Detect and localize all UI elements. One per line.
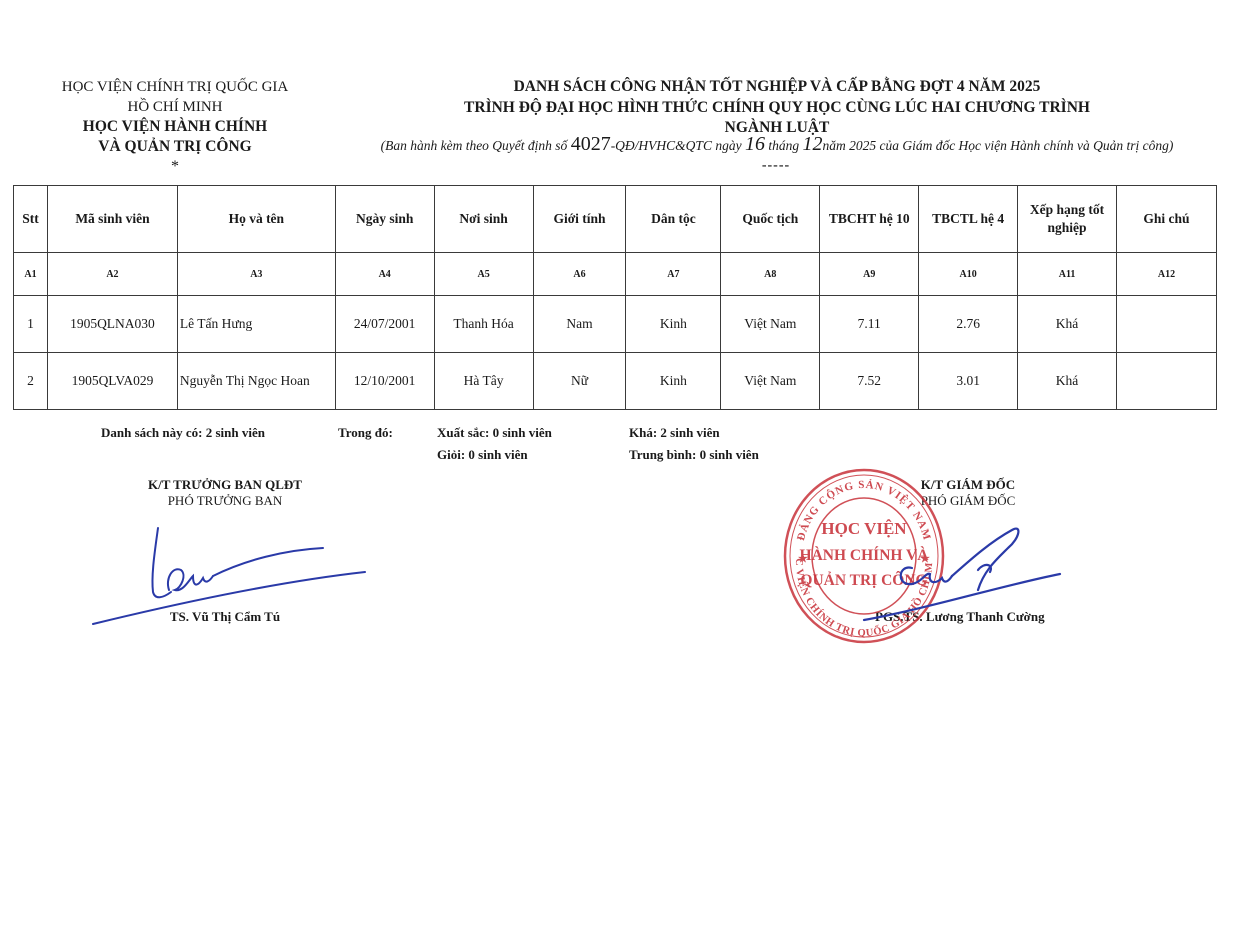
decision-suffix: năm 2025 của Giám đốc Học viện Hành chín…	[822, 138, 1173, 153]
column-header: TBCTL hệ 4	[919, 186, 1018, 253]
decision-code: -QĐ/HVHC&QTC ngày	[611, 138, 742, 153]
column-code: A12	[1117, 253, 1217, 296]
title-line-1: DANH SÁCH CÔNG NHẬN TỐT NGHIỆP VÀ CẤP BẰ…	[330, 77, 1224, 98]
left-signature-block: K/T TRƯỞNG BAN QLĐT PHÓ TRƯỞNG BAN	[125, 477, 325, 509]
column-code: A6	[533, 253, 626, 296]
table-cell: Khá	[1018, 353, 1117, 410]
summary-of-which: Trong đó:	[338, 425, 393, 441]
org-star: *	[30, 157, 320, 177]
decision-reference: (Ban hành kèm theo Quyết định số 4027-QĐ…	[330, 133, 1224, 156]
table-cell: Kinh	[626, 353, 721, 410]
table-cell: 2	[14, 353, 48, 410]
column-header: Họ và tên	[177, 186, 335, 253]
title-separator: -----	[740, 158, 812, 174]
org-line-2: HỒ CHÍ MINH	[30, 97, 320, 117]
column-header: Stt	[14, 186, 48, 253]
summary-average: Trung bình: 0 sinh viên	[629, 447, 759, 463]
column-code: A8	[721, 253, 820, 296]
table-cell	[1117, 296, 1217, 353]
column-code: A10	[919, 253, 1018, 296]
table-cell: Việt Nam	[721, 296, 820, 353]
graduation-table: SttMã sinh viênHọ và tênNgày sinhNơi sin…	[13, 185, 1217, 410]
decision-month: 12	[802, 133, 822, 155]
column-code: A7	[626, 253, 721, 296]
column-header: Dân tộc	[626, 186, 721, 253]
org-line-3: HỌC VIỆN HÀNH CHÍNH	[30, 117, 320, 137]
column-code: A4	[335, 253, 434, 296]
table-cell: 7.11	[820, 296, 919, 353]
summary-total: Danh sách này có: 2 sinh viên	[101, 425, 265, 441]
right-handwritten-signature-icon	[860, 520, 1070, 630]
table-cell: 2.76	[919, 296, 1018, 353]
column-code: A5	[434, 253, 533, 296]
table-cell: 7.52	[820, 353, 919, 410]
decision-month-label: tháng	[768, 138, 799, 153]
table-cell: Việt Nam	[721, 353, 820, 410]
column-code: A3	[177, 253, 335, 296]
table-row: 21905QLVA029Nguyễn Thị Ngọc Hoan12/10/20…	[14, 353, 1217, 410]
column-header: Xếp hạng tốt nghiệp	[1018, 186, 1117, 253]
table-header-row: SttMã sinh viênHọ và tênNgày sinhNơi sin…	[14, 186, 1217, 253]
title-line-2: TRÌNH ĐỘ ĐẠI HỌC HÌNH THỨC CHÍNH QUY HỌC…	[330, 98, 1224, 119]
column-header: Mã sinh viên	[47, 186, 177, 253]
left-signer-title: K/T TRƯỞNG BAN QLĐT	[125, 477, 325, 493]
table-row: 11905QLNA030Lê Tấn Hưng24/07/2001Thanh H…	[14, 296, 1217, 353]
decision-number: 4027	[571, 133, 611, 155]
document-title: DANH SÁCH CÔNG NHẬN TỐT NGHIỆP VÀ CẤP BẰ…	[330, 77, 1224, 139]
summary-excellent: Xuất sắc: 0 sinh viên	[437, 425, 552, 441]
column-code: A2	[47, 253, 177, 296]
org-line-4: VÀ QUẢN TRỊ CÔNG	[30, 137, 320, 157]
org-line-1: HỌC VIỆN CHÍNH TRỊ QUỐC GIA	[30, 77, 320, 97]
decision-prefix: (Ban hành kèm theo Quyết định số	[381, 138, 568, 153]
column-code: A1	[14, 253, 48, 296]
table-cell: 1905QLNA030	[47, 296, 177, 353]
table-cell: Lê Tấn Hưng	[177, 296, 335, 353]
table-code-row: A1A2A3A4A5A6A7A8A9A10A11A12	[14, 253, 1217, 296]
table-cell: 1	[14, 296, 48, 353]
summary-good: Khá: 2 sinh viên	[629, 425, 720, 441]
table-cell: 24/07/2001	[335, 296, 434, 353]
table-cell: 3.01	[919, 353, 1018, 410]
summary-very-good: Giỏi: 0 sinh viên	[437, 447, 528, 463]
table-cell: Nữ	[533, 353, 626, 410]
column-code: A9	[820, 253, 919, 296]
table-cell: Khá	[1018, 296, 1117, 353]
table-cell: 1905QLVA029	[47, 353, 177, 410]
table-cell: Nam	[533, 296, 626, 353]
svg-text:★: ★	[798, 553, 808, 565]
column-header: Ghi chú	[1117, 186, 1217, 253]
decision-day: 16	[745, 133, 765, 155]
table-cell: Kinh	[626, 296, 721, 353]
column-header: TBCHT hệ 10	[820, 186, 919, 253]
column-header: Giới tính	[533, 186, 626, 253]
table-cell: 12/10/2001	[335, 353, 434, 410]
left-signer-name: TS. Vũ Thị Cẩm Tú	[125, 608, 325, 626]
table-cell: Hà Tây	[434, 353, 533, 410]
column-header: Nơi sinh	[434, 186, 533, 253]
issuing-organization: HỌC VIỆN CHÍNH TRỊ QUỐC GIA HỒ CHÍ MINH …	[30, 77, 320, 177]
column-code: A11	[1018, 253, 1117, 296]
table-cell	[1117, 353, 1217, 410]
column-header: Ngày sinh	[335, 186, 434, 253]
column-header: Quốc tịch	[721, 186, 820, 253]
table-cell: Nguyễn Thị Ngọc Hoan	[177, 353, 335, 410]
table-cell: Thanh Hóa	[434, 296, 533, 353]
left-signer-subtitle: PHÓ TRƯỞNG BAN	[125, 493, 325, 509]
